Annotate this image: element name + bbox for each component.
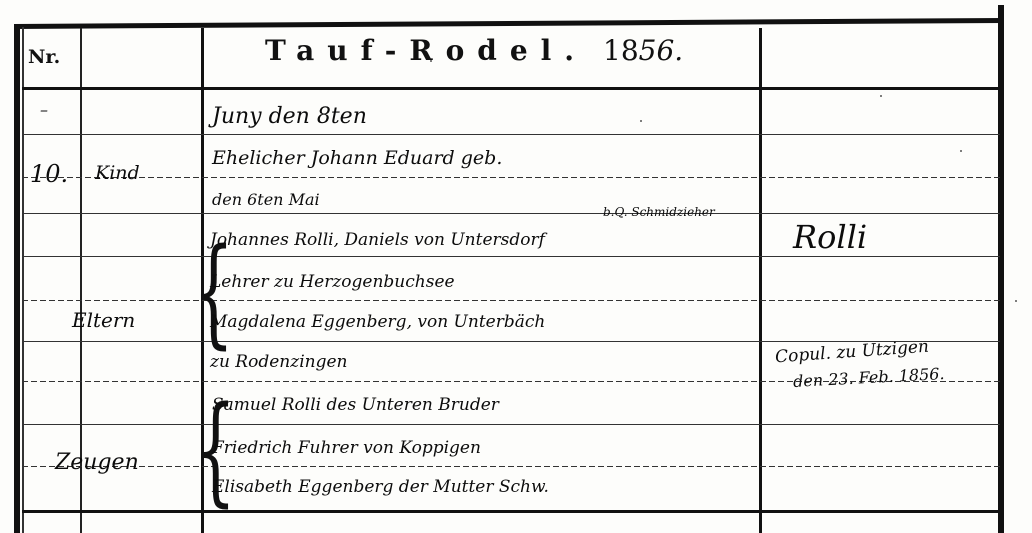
label-kind: Kind <box>95 162 140 184</box>
surname-margin: Rolli <box>793 218 867 256</box>
insertion-note: b.Q. Schmidzieher <box>603 205 715 219</box>
row-rule <box>22 177 1000 178</box>
row-rule <box>22 424 1000 425</box>
godparents-line-2: Friedrich Fuhrer von Koppigen <box>212 438 481 458</box>
parents-line-2: Lehrer zu Herzogenbuchsee <box>210 272 455 292</box>
godparents-line-3: Elisabeth Eggenberg der Mutter Schw. <box>212 477 549 497</box>
header-year: 1856. <box>603 34 683 67</box>
page-border-left <box>14 25 20 533</box>
scan-speck <box>640 120 642 122</box>
date-line: Juny den 8ten <box>212 104 367 129</box>
column-divider-remarks <box>759 28 762 533</box>
entry-bottom-rule <box>22 510 1000 513</box>
child-line-1: Ehelicher Johann Eduard geb. <box>212 147 502 169</box>
godparents-line-1: Samuel Rolli des Unteren Bruder <box>212 395 499 415</box>
scan-speck <box>960 150 962 152</box>
scan-speck <box>1015 300 1017 302</box>
label-eltern: Eltern <box>72 308 135 332</box>
scan-speck <box>880 95 882 97</box>
entry-dash: – <box>40 100 48 119</box>
remarks-line-2: den 23. Feb. 1856. <box>793 364 945 391</box>
page-border-right <box>998 5 1004 533</box>
row-rule <box>22 300 1000 301</box>
page-border-top <box>14 18 1004 29</box>
header-rule <box>22 87 1000 90</box>
row-rule <box>22 134 1000 135</box>
scan-speck <box>430 60 432 62</box>
baptism-register-page: Nr. Tauf-Rodel. 1856. – 10. Kind Eltern … <box>0 0 1032 533</box>
row-rule <box>22 213 1000 214</box>
page-title: Tauf-Rodel. <box>265 34 587 67</box>
year-printed: 18 <box>603 34 639 67</box>
page-border-left-inner <box>22 27 24 533</box>
child-line-2: den 6ten Mai <box>212 190 320 209</box>
year-handwritten: 56. <box>639 34 684 67</box>
entry-number: 10. <box>30 160 68 188</box>
row-rule <box>22 466 1000 467</box>
parents-line-3: Magdalena Eggenberg, von Unterbäch <box>210 312 545 332</box>
row-rule <box>22 256 1000 257</box>
parents-line-1: Johannes Rolli, Daniels von Untersdorf <box>210 230 545 250</box>
header-nr-label: Nr. <box>28 46 60 68</box>
parents-line-4: zu Rodenzingen <box>210 352 347 372</box>
label-zeugen: Zeugen <box>55 450 139 475</box>
